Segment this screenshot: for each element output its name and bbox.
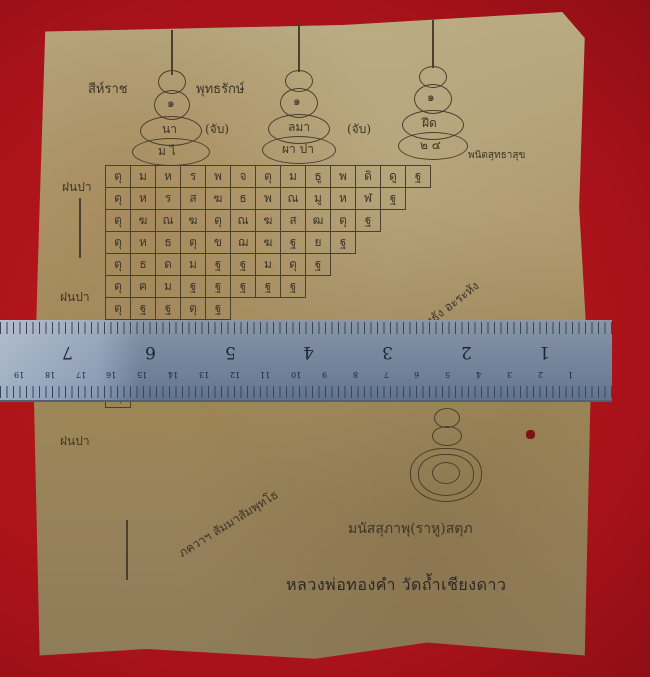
grid-cell: ฐ <box>256 276 281 298</box>
grid-cell: ม <box>156 276 181 298</box>
cm-label: 3 <box>507 370 512 379</box>
grid-cell: ห <box>131 232 156 254</box>
top-label-right: พนิตสุทธาสุข <box>468 148 525 163</box>
cm-label: 12 <box>230 370 240 379</box>
grid-cell: ฐ <box>131 298 156 320</box>
grid-cell: ร <box>181 166 206 188</box>
cm-label: 6 <box>414 370 419 379</box>
stupa-left-mid: นา <box>162 120 177 139</box>
grid-cell: มู <box>306 188 331 210</box>
grid-cell: ฆ <box>206 188 231 210</box>
grid-cell: ฐ <box>206 254 231 276</box>
inch-label-5: 5 <box>225 342 236 362</box>
grid-cell: ฐ <box>306 254 331 276</box>
cm-label: 16 <box>106 370 116 379</box>
cm-label: 18 <box>45 370 55 379</box>
grid-row: ตุหธตุขฌฆฐยฐ <box>106 232 431 254</box>
grid-cell: ตุ <box>281 254 306 276</box>
bottom-spire <box>126 520 128 580</box>
grid-cell: ณ <box>156 210 181 232</box>
grid-cell: ม <box>181 254 206 276</box>
grid-cell: ย <box>306 232 331 254</box>
stupa-center-mid: ลมา <box>288 118 310 137</box>
inch-label-3: 3 <box>382 342 393 362</box>
side-label-2: ฝนปา <box>60 288 90 307</box>
side-label-3: ฝนปา <box>60 432 90 451</box>
grid-cell: ฐ <box>181 276 206 298</box>
stupa-left-top: ๑ <box>167 94 175 113</box>
grid-row: ตุฅมฐฐฐฐฐ <box>106 276 431 298</box>
red-stain <box>526 430 535 439</box>
grid-cell: ฐ <box>406 166 431 188</box>
grid-row: ตุมหรพจตุมธูพดิดูฐ <box>106 166 431 188</box>
grid-cell: ตุ <box>106 276 131 298</box>
grid-cell: ฐ <box>281 276 306 298</box>
bottom-right-label: มนัสสุภาพุ(ราหู)สตุภ <box>348 518 473 540</box>
grid-cell: ฐ <box>356 210 381 232</box>
grid-cell: ร <box>156 188 181 210</box>
grid-cell: ตุ <box>206 210 231 232</box>
grid-cell: ธ <box>231 188 256 210</box>
inch-label-4: 4 <box>303 342 314 362</box>
cm-label: 7 <box>384 370 389 379</box>
ruler-ticks-top <box>0 322 612 334</box>
grid-cell: ห <box>331 188 356 210</box>
grid-cell: ฐ <box>156 298 181 320</box>
grid-cell: ฆ <box>181 210 206 232</box>
inch-label-2: 2 <box>461 342 472 362</box>
grid-row: ตุฐฐตุฐ <box>106 298 431 320</box>
grid-cell: ข <box>206 232 231 254</box>
cm-label: 19 <box>14 370 24 379</box>
grid-cell: ตุ <box>106 298 131 320</box>
cm-label: 8 <box>353 370 358 379</box>
grid-cell: ตุ <box>106 210 131 232</box>
cm-label: 15 <box>137 370 147 379</box>
stupa-center-top: ๑ <box>293 92 301 111</box>
cm-label: 11 <box>260 370 270 379</box>
grid-cell: ธู <box>306 166 331 188</box>
grid-cell: ม <box>131 166 156 188</box>
grid-cell: ดิ <box>356 166 381 188</box>
grid-cell: ดู <box>381 166 406 188</box>
grid-cell: ณ <box>231 210 256 232</box>
grid-cell: ฅ <box>131 276 156 298</box>
grid-cell: ตุ <box>181 232 206 254</box>
grid-cell: ฌ <box>231 232 256 254</box>
grid-cell: ห <box>131 188 156 210</box>
grid-cell: ตุ <box>181 298 206 320</box>
grid-cell: ตุ <box>106 188 131 210</box>
grid-cell: ฐ <box>231 276 256 298</box>
cm-label: 5 <box>445 370 450 379</box>
grid-cell: ตุ <box>106 232 131 254</box>
rahu-yantra <box>410 448 490 508</box>
grid-cell: พ <box>256 188 281 210</box>
grid-cell: ส <box>181 188 206 210</box>
ruler-ticks-bottom <box>0 386 612 398</box>
grid-cell: ตุ <box>256 166 281 188</box>
side-label-1: ฝนปา <box>62 178 92 197</box>
top-label-jab-2: (จับ) <box>347 120 371 139</box>
cm-label: 14 <box>168 370 178 379</box>
caption-text: หลวงพ่อทองคำ วัดถ้ำเชียงดาว <box>286 573 506 598</box>
stupa-left-bot: ม ไ <box>158 142 176 161</box>
cm-label: 9 <box>322 370 327 379</box>
grid-cell: ฆ <box>256 232 281 254</box>
grid-row: ตุหรสฆธพณมูหฬฐ <box>106 188 431 210</box>
cm-label: 13 <box>199 370 209 379</box>
cm-label: 17 <box>76 370 86 379</box>
grid-cell: ฐ <box>331 232 356 254</box>
grid-cell: ตุ <box>331 210 356 232</box>
top-label-left: สีห์ราช <box>88 78 128 99</box>
grid-cell: ฐ <box>206 298 231 320</box>
stupa-center-bot: ผา ปา <box>282 140 314 159</box>
cm-label: 4 <box>476 370 481 379</box>
grid-row: ตุธดมฐฐมตุฐ <box>106 254 431 276</box>
grid-cell: พ <box>331 166 356 188</box>
grid-cell: ณ <box>281 188 306 210</box>
grid-cell: ฬ <box>356 188 381 210</box>
stupa-left: ๑ นา ม ไ <box>130 30 210 165</box>
metal-ruler: 7 6 5 4 3 2 1 19181716151413121110987654… <box>0 320 612 402</box>
grid-cell: ฆ <box>131 210 156 232</box>
grid-cell: ฐ <box>206 276 231 298</box>
grid-cell: ม <box>256 254 281 276</box>
grid-cell: ฒ <box>306 210 331 232</box>
grid-cell: ส <box>281 210 306 232</box>
grid-cell: ฐ <box>381 188 406 210</box>
cm-label: 1 <box>568 370 573 379</box>
grid-cell: ฐ <box>231 254 256 276</box>
grid-cell: ห <box>156 166 181 188</box>
grid-cell: ฐ <box>281 232 306 254</box>
cm-label: 2 <box>538 370 543 379</box>
grid-row: ตุฆณฆตุณฆสฒตุฐ <box>106 210 431 232</box>
inch-label-7: 7 <box>62 342 73 362</box>
grid-cell: ธ <box>131 254 156 276</box>
inch-label-1: 1 <box>539 342 550 362</box>
grid-cell: ธ <box>156 232 181 254</box>
stupa-right-mid: ฝีด <box>422 114 437 133</box>
grid-cell: ม <box>281 166 306 188</box>
grid-cell: จ <box>231 166 256 188</box>
grid-cell: ตุ <box>106 254 131 276</box>
grid-cell: ฆ <box>256 210 281 232</box>
grid-cell: พ <box>206 166 231 188</box>
stupa-center: ๑ ลมา ผา ปา <box>258 22 338 162</box>
side-spire <box>79 198 81 258</box>
cm-label: 10 <box>291 370 301 379</box>
grid-cell: ด <box>156 254 181 276</box>
stupa-right: ๑ ฝีด ๒ ๔ <box>392 20 472 160</box>
stupa-right-top: ๑ <box>427 88 435 107</box>
grid-cell: ตุ <box>106 166 131 188</box>
inch-label-6: 6 <box>145 342 156 362</box>
stupa-right-bot: ๒ ๔ <box>420 136 441 155</box>
